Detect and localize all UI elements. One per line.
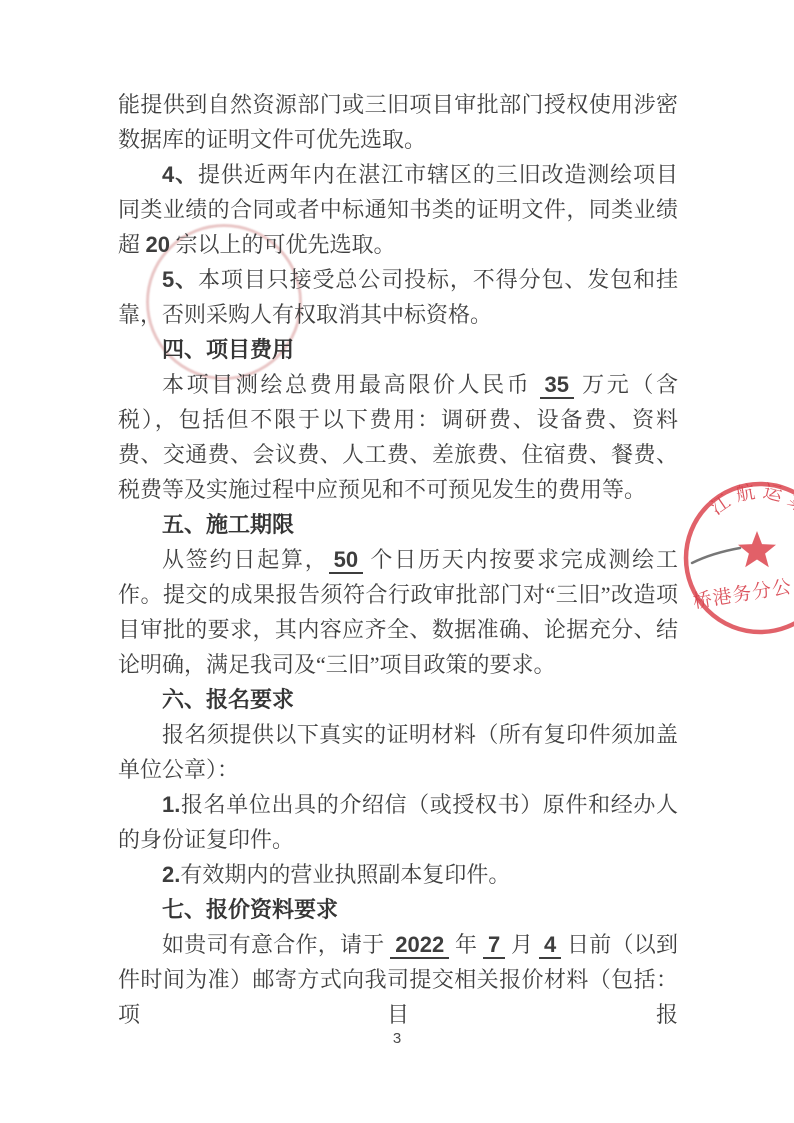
document-page: 能提供到自然资源部门或三旧项目审批部门授权使用涉密数据库的证明文件可优先选取。4… [0, 0, 794, 1123]
underlined-value: 4 [539, 932, 561, 959]
paragraph: 2.有效期内的营业执照副本复印件。 [118, 857, 678, 892]
paragraph: 4、提供近两年内在湛江市辖区的三旧改造测绘项目同类业绩的合同或者中标通知书类的证… [118, 157, 678, 262]
text-run: 报名单位出具的介绍信（或授权书）原件和经办人的身份证复印件。 [118, 792, 678, 852]
paragraph: 报名须提供以下真实的证明材料（所有复印件须加盖单位公章）： [118, 717, 678, 787]
text-run: 本项目测绘总费用最高限价人民币 [162, 372, 540, 397]
seal-arc-text-top: 江航运集 [707, 480, 794, 522]
paragraph: 能提供到自然资源部门或三旧项目审批部门授权使用涉密数据库的证明文件可优先选取。 [118, 87, 678, 157]
text-run: 从签约日起算， [162, 547, 329, 572]
list-marker: 5、 [162, 267, 198, 292]
text-run: 如贵司有意合作，请于 [162, 932, 390, 957]
paragraph: 从签约日起算，50 个日历天内按要求完成测绘工作。提交的成果报告须符合行政审批部… [118, 542, 678, 682]
seal-ring [686, 484, 794, 632]
seal-star [738, 531, 776, 567]
list-marker: 1. [162, 792, 180, 817]
underlined-value: 7 [483, 932, 505, 959]
list-marker: 2. [162, 862, 180, 887]
paragraph: 如贵司有意合作，请于 2022 年 7 月 4 日前（以到件时间为准）邮寄方式向… [118, 927, 678, 1032]
text-run: 七、报价资料要求 [162, 897, 338, 922]
text-run: 报名须提供以下真实的证明材料（所有复印件须加盖单位公章）： [118, 722, 678, 782]
company-seal: 江航运集 桥港务分公 [680, 475, 794, 640]
paragraph: 5、本项目只接受总公司投标，不得分包、发包和挂靠，否则采购人有权取消其中标资格。 [118, 262, 678, 332]
seal-stray-mark [692, 548, 740, 563]
section-heading: 六、报名要求 [118, 682, 678, 717]
document-body: 能提供到自然资源部门或三旧项目审批部门授权使用涉密数据库的证明文件可优先选取。4… [118, 87, 678, 1032]
seal-bottom-text: 桥港务分公 [691, 576, 793, 613]
underlined-value: 50 [329, 547, 363, 574]
section-heading: 四、项目费用 [118, 332, 678, 367]
svg-text:江航运集: 江航运集 [707, 480, 794, 522]
text-run: 月 [505, 932, 539, 957]
text-run: 有效期内的营业执照副本复印件。 [180, 862, 510, 887]
paragraph: 本项目测绘总费用最高限价人民币 35 万元（含税），包括但不限于以下费用：调研费… [118, 367, 678, 507]
text-run: 六、报名要求 [162, 687, 294, 712]
section-heading: 七、报价资料要求 [118, 892, 678, 927]
text-run: 宗以上的可优先选取。 [170, 232, 396, 257]
text-run: 本项目只接受总公司投标，不得分包、发包和挂靠，否则采购人有权取消其中标资格。 [118, 267, 678, 327]
paragraph: 1.报名单位出具的介绍信（或授权书）原件和经办人的身份证复印件。 [118, 787, 678, 857]
underlined-value: 2022 [390, 932, 449, 959]
section-heading: 五、施工期限 [118, 507, 678, 542]
text-run: 能提供到自然资源部门或三旧项目审批部门授权使用涉密数据库的证明文件可优先选取。 [118, 92, 678, 152]
text-run: 五、施工期限 [162, 512, 294, 537]
list-marker: 4、 [162, 162, 198, 187]
page-number: 3 [0, 1030, 794, 1047]
text-run: 年 [449, 932, 483, 957]
text-run: 四、项目费用 [162, 337, 294, 362]
text-run: 20 [146, 232, 170, 257]
underlined-value: 35 [540, 372, 574, 399]
